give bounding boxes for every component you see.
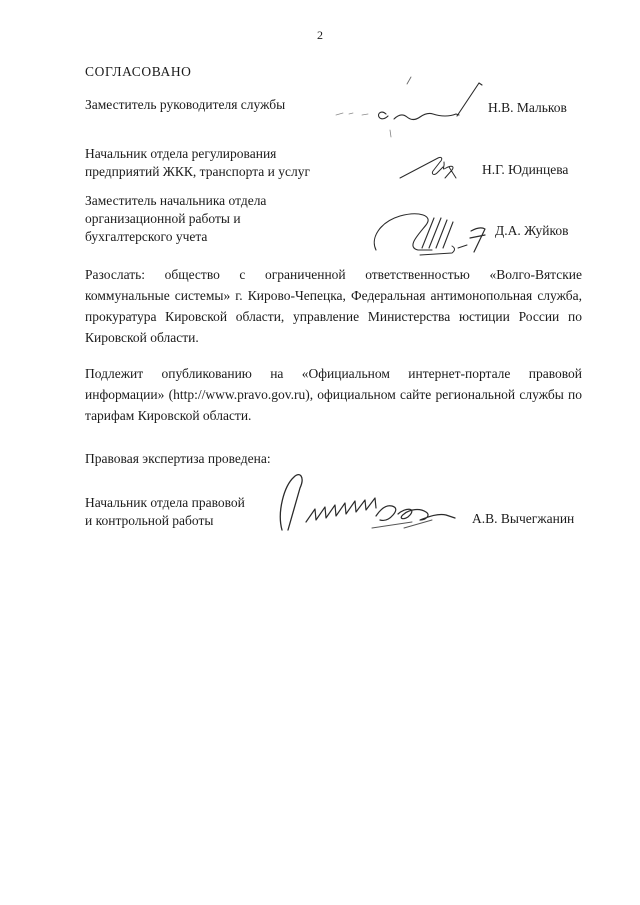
job-title-line: Заместитель начальника отдела (85, 192, 385, 210)
approval-heading: СОГЛАСОВАНО (85, 64, 192, 80)
legal-review-note: Правовая экспертиза проведена: (85, 451, 271, 467)
signature-yudintseva (398, 150, 483, 191)
signatory-title: Начальник отдела регулирования предприят… (85, 145, 385, 181)
document-page: 2 СОГЛАСОВАНО Заместитель руководителя с… (0, 0, 640, 905)
signature-vychegzhanin (262, 470, 467, 543)
signatory-title: Заместитель начальника отдела организаци… (85, 192, 385, 246)
signature-malkov (328, 70, 483, 145)
signatory-name: Н.В. Мальков (488, 100, 567, 116)
signatory-name: Н.Г. Юдинцева (482, 162, 568, 178)
distribution-paragraph: Разослать: общество с ограниченной ответ… (85, 264, 582, 348)
job-title-line: Начальник отдела регулирования (85, 145, 385, 163)
signatory-name: Д.А. Жуйков (495, 223, 569, 239)
signature-zhuykov (368, 200, 503, 265)
signatory-name: А.В. Вычегжанин (472, 511, 574, 527)
job-title-line: предприятий ЖКК, транспорта и услуг (85, 163, 385, 181)
job-title-line: организационной работы и (85, 210, 385, 228)
publication-paragraph: Подлежит опубликованию на «Официальном и… (85, 363, 582, 426)
job-title-line: бухгалтерского учета (85, 228, 385, 246)
page-number: 2 (0, 28, 640, 43)
